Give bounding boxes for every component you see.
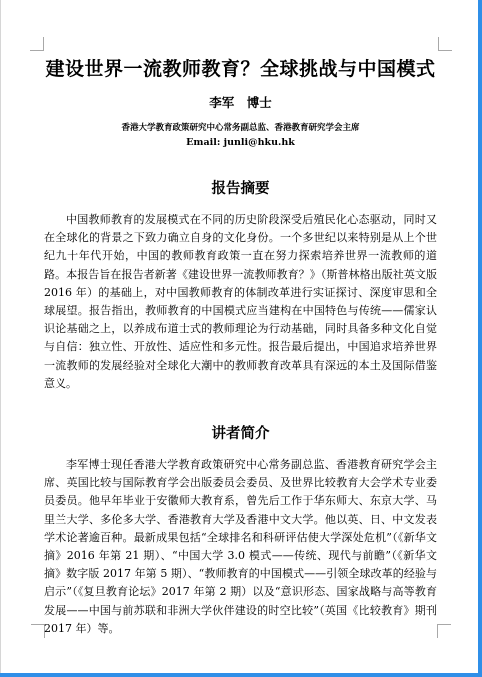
margin-crop-mark-top-right (438, 37, 452, 51)
document-page: { "document": { "title": "建设世界一流教师教育？全球挑… (0, 0, 482, 677)
author-affiliation: 香港大学教育政策研究中心常务副总监、香港教育研究学会主席 (44, 121, 437, 133)
bio-section-heading: 讲者简介 (44, 422, 437, 443)
page-left-edge (0, 0, 1, 677)
document-body: 建设世界一流教师教育？全球挑战与中国模式 李军 博士 香港大学教育政策研究中心常… (44, 50, 437, 638)
window-bottom-border (0, 673, 482, 677)
author-name: 李军 博士 (44, 93, 437, 111)
margin-crop-mark-top-left (30, 37, 44, 51)
window-right-border (478, 0, 482, 677)
author-email: Email: junli@hku.hk (44, 137, 437, 148)
abstract-paragraph: 中国教师教育的发展模式在不同的历史阶段深受后殖民化心态驱动，同时又在全球化的背景… (44, 211, 437, 393)
margin-crop-mark-bottom-right (437, 624, 451, 638)
document-title: 建设世界一流教师教育？全球挑战与中国模式 (44, 56, 437, 82)
abstract-section-heading: 报告摘要 (44, 177, 437, 198)
margin-crop-mark-bottom-left (31, 624, 45, 638)
bio-paragraph: 李军博士现任香港大学教育政策研究中心常务副总监、香港教育研究学会主席、英国比较与… (44, 456, 437, 638)
